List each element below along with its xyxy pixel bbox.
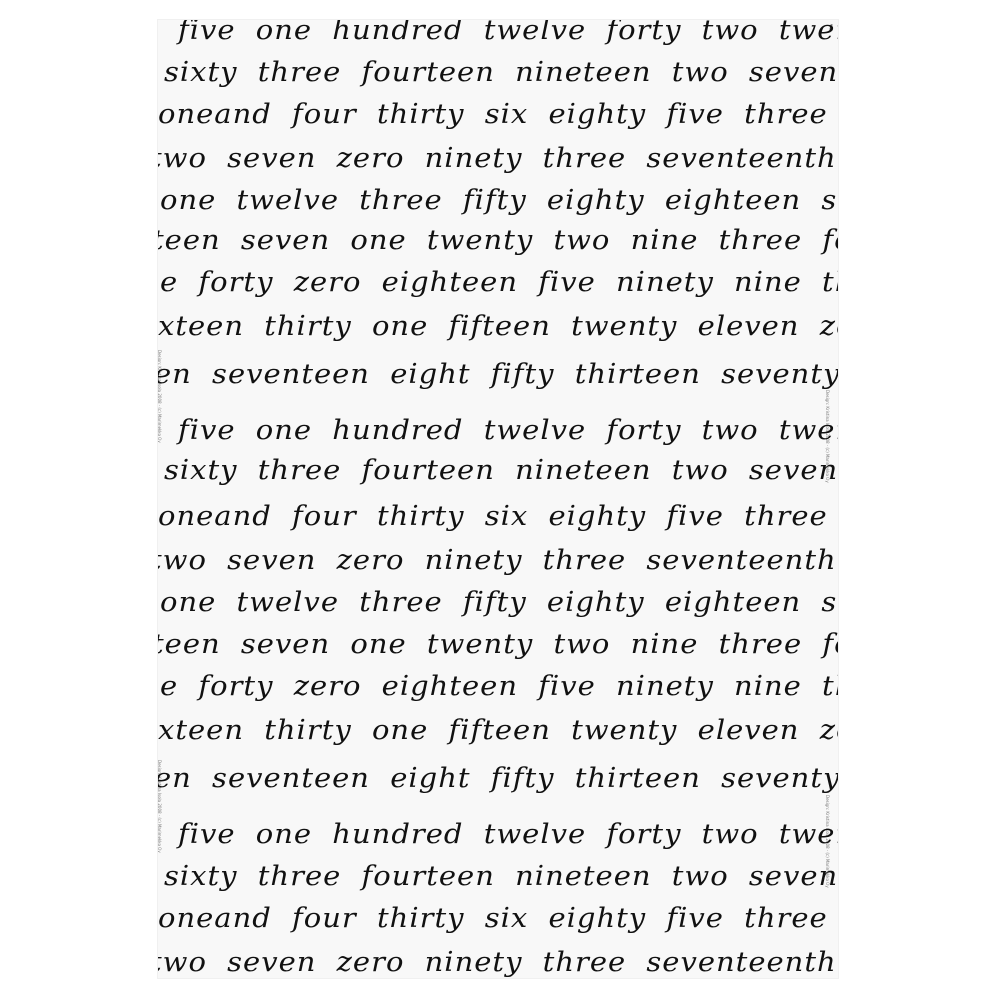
handwritten-row: teen seven one twenty two nine three fou… [158,227,838,254]
handwritten-row: two seven zero ninety three seventeenthi… [158,949,838,976]
handwritten-row: two seven zero ninety three seventeenthi… [158,145,838,172]
handwritten-row: oneand four thirty six eighty five three… [158,503,838,530]
handwritten-row: xteen thirty one fifteen twenty eleven z… [158,717,838,744]
handwritten-row: sixty three fourteen nineteen two sevenn… [164,457,838,484]
handwritten-row: e forty zero eighteen five ninety nine t… [160,673,838,700]
handwritten-row: e forty zero eighteen five ninety nine t… [160,269,838,296]
handwritten-row: five one hundred twelve forty two twenty… [178,417,838,444]
handwritten-row: oneand four thirty six eighty five three… [158,905,838,932]
handwritten-row: xteen thirty one fifteen twenty eleven z… [158,313,838,340]
handwritten-row: five one hundred twelve forty two twenty… [178,20,838,44]
handwritten-row: sixty three fourteen nineteen two sevenn… [164,59,838,86]
handwritten-row: one twelve three fifty eighty eighteen s… [160,589,838,616]
handwritten-row: sixty three fourteen nineteen two sevenn… [164,863,838,890]
handwritten-row: teen seven one twenty two nine three fou… [158,631,838,658]
handwritten-row: five one hundred twelve forty two twenty… [178,821,838,848]
handwritten-row: one twelve three fifty eighty eighteen s… [160,187,838,214]
handwritten-row: two seven zero ninety three seventeenthi… [158,547,838,574]
handwritten-row: oneand four thirty six eighty five three… [158,101,838,128]
handwritten-row: en seventeen eight fifty thirteen sevent… [158,361,838,388]
handwritten-row: en seventeen eight fifty thirteen sevent… [158,765,838,792]
fabric-panel: Design: Kristina Isola 2008 · (c) Marime… [158,20,838,978]
